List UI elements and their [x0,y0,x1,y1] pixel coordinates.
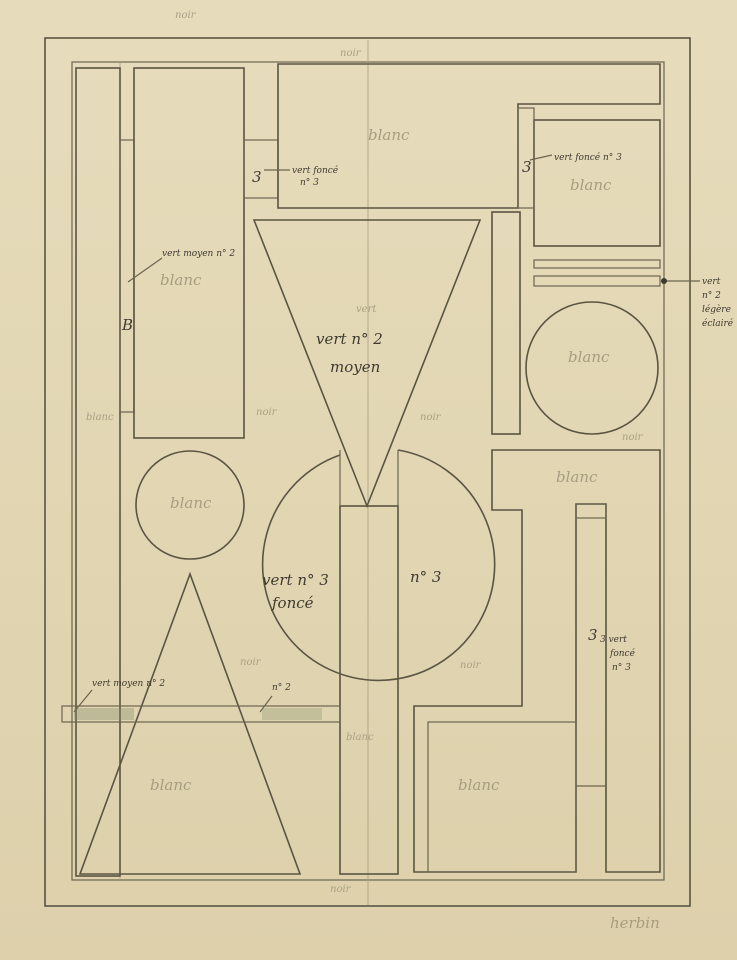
right-circle [526,302,658,434]
note-bar-left: vert moyen n° 2 [92,679,165,689]
label-blanc-left-strip: blanc [86,412,114,423]
label-blanc-bottom-right: blanc [458,776,500,794]
note-bar-right: n° 2 [272,683,291,693]
signature: herbin [610,914,660,932]
label-circle-right: n° 3 [410,568,441,586]
center-circle [263,450,495,680]
left-narrow-strip [120,140,134,412]
label-blanc-right-circle: blanc [568,348,610,366]
left-tall-strip [76,68,120,876]
label-bottom-border: noir [330,884,352,895]
label-circle-left-color: vert n° 3 [262,571,329,589]
note-right-column-shade: foncé [609,648,636,659]
geometric-drawing: noir noir noir blanc blanc blanc blanc b… [0,0,737,960]
marker-B: B [121,316,133,334]
label-noir-center-right: noir [420,412,442,423]
bottom-triangle [80,574,300,874]
note-top-left-number: n° 3 [300,178,319,188]
right-vertical-strip [492,212,520,434]
note-right-edge-1: vert [702,277,721,287]
label-triangle-color: vert n° 2 [316,330,383,348]
marker-3a: 3 [252,168,262,186]
note-top-right: vert foncé n° 3 [554,152,622,163]
note-right-edge-3: légère [702,304,731,315]
label-noir-left-mid: noir [256,407,278,418]
note-right-column-color: 3 vert [600,635,627,645]
note-left-strip: vert moyen n° 2 [162,249,235,259]
label-blanc-top: blanc [368,126,410,144]
label-circle-left-shade: foncé [271,594,314,612]
label-noir-bottom-center: noir [460,660,482,671]
label-blanc-left-tall: blanc [160,271,202,289]
label-noir-bottom-left: noir [240,657,262,668]
label-triangle-shade: moyen [330,358,380,376]
note-right-column-number: n° 3 [612,663,631,673]
label-blanc-bottom-triangle: blanc [150,776,192,794]
note-right-edge-4: éclairé [702,318,734,329]
top-margin-note: noir [175,10,197,21]
label-triangle-small: vert [356,304,377,315]
note-right-edge-2: n° 2 [702,291,721,301]
center-vertical-bar [340,506,398,874]
marker-3c: 3 [588,626,598,644]
label-blanc-center-strip: blanc [346,732,374,743]
marker-3b: 3 [522,158,532,176]
note-top-left-color: vert foncé [292,165,339,176]
label-noir-right-mid: noir [622,432,644,443]
bottom-right-rectangle [428,722,576,872]
right-L-shape [414,450,660,872]
label-top-border: noir [340,48,362,59]
label-blanc-left-circle: blanc [170,494,212,512]
label-blanc-right-square: blanc [570,176,612,194]
label-blanc-right-L: blanc [556,468,598,486]
